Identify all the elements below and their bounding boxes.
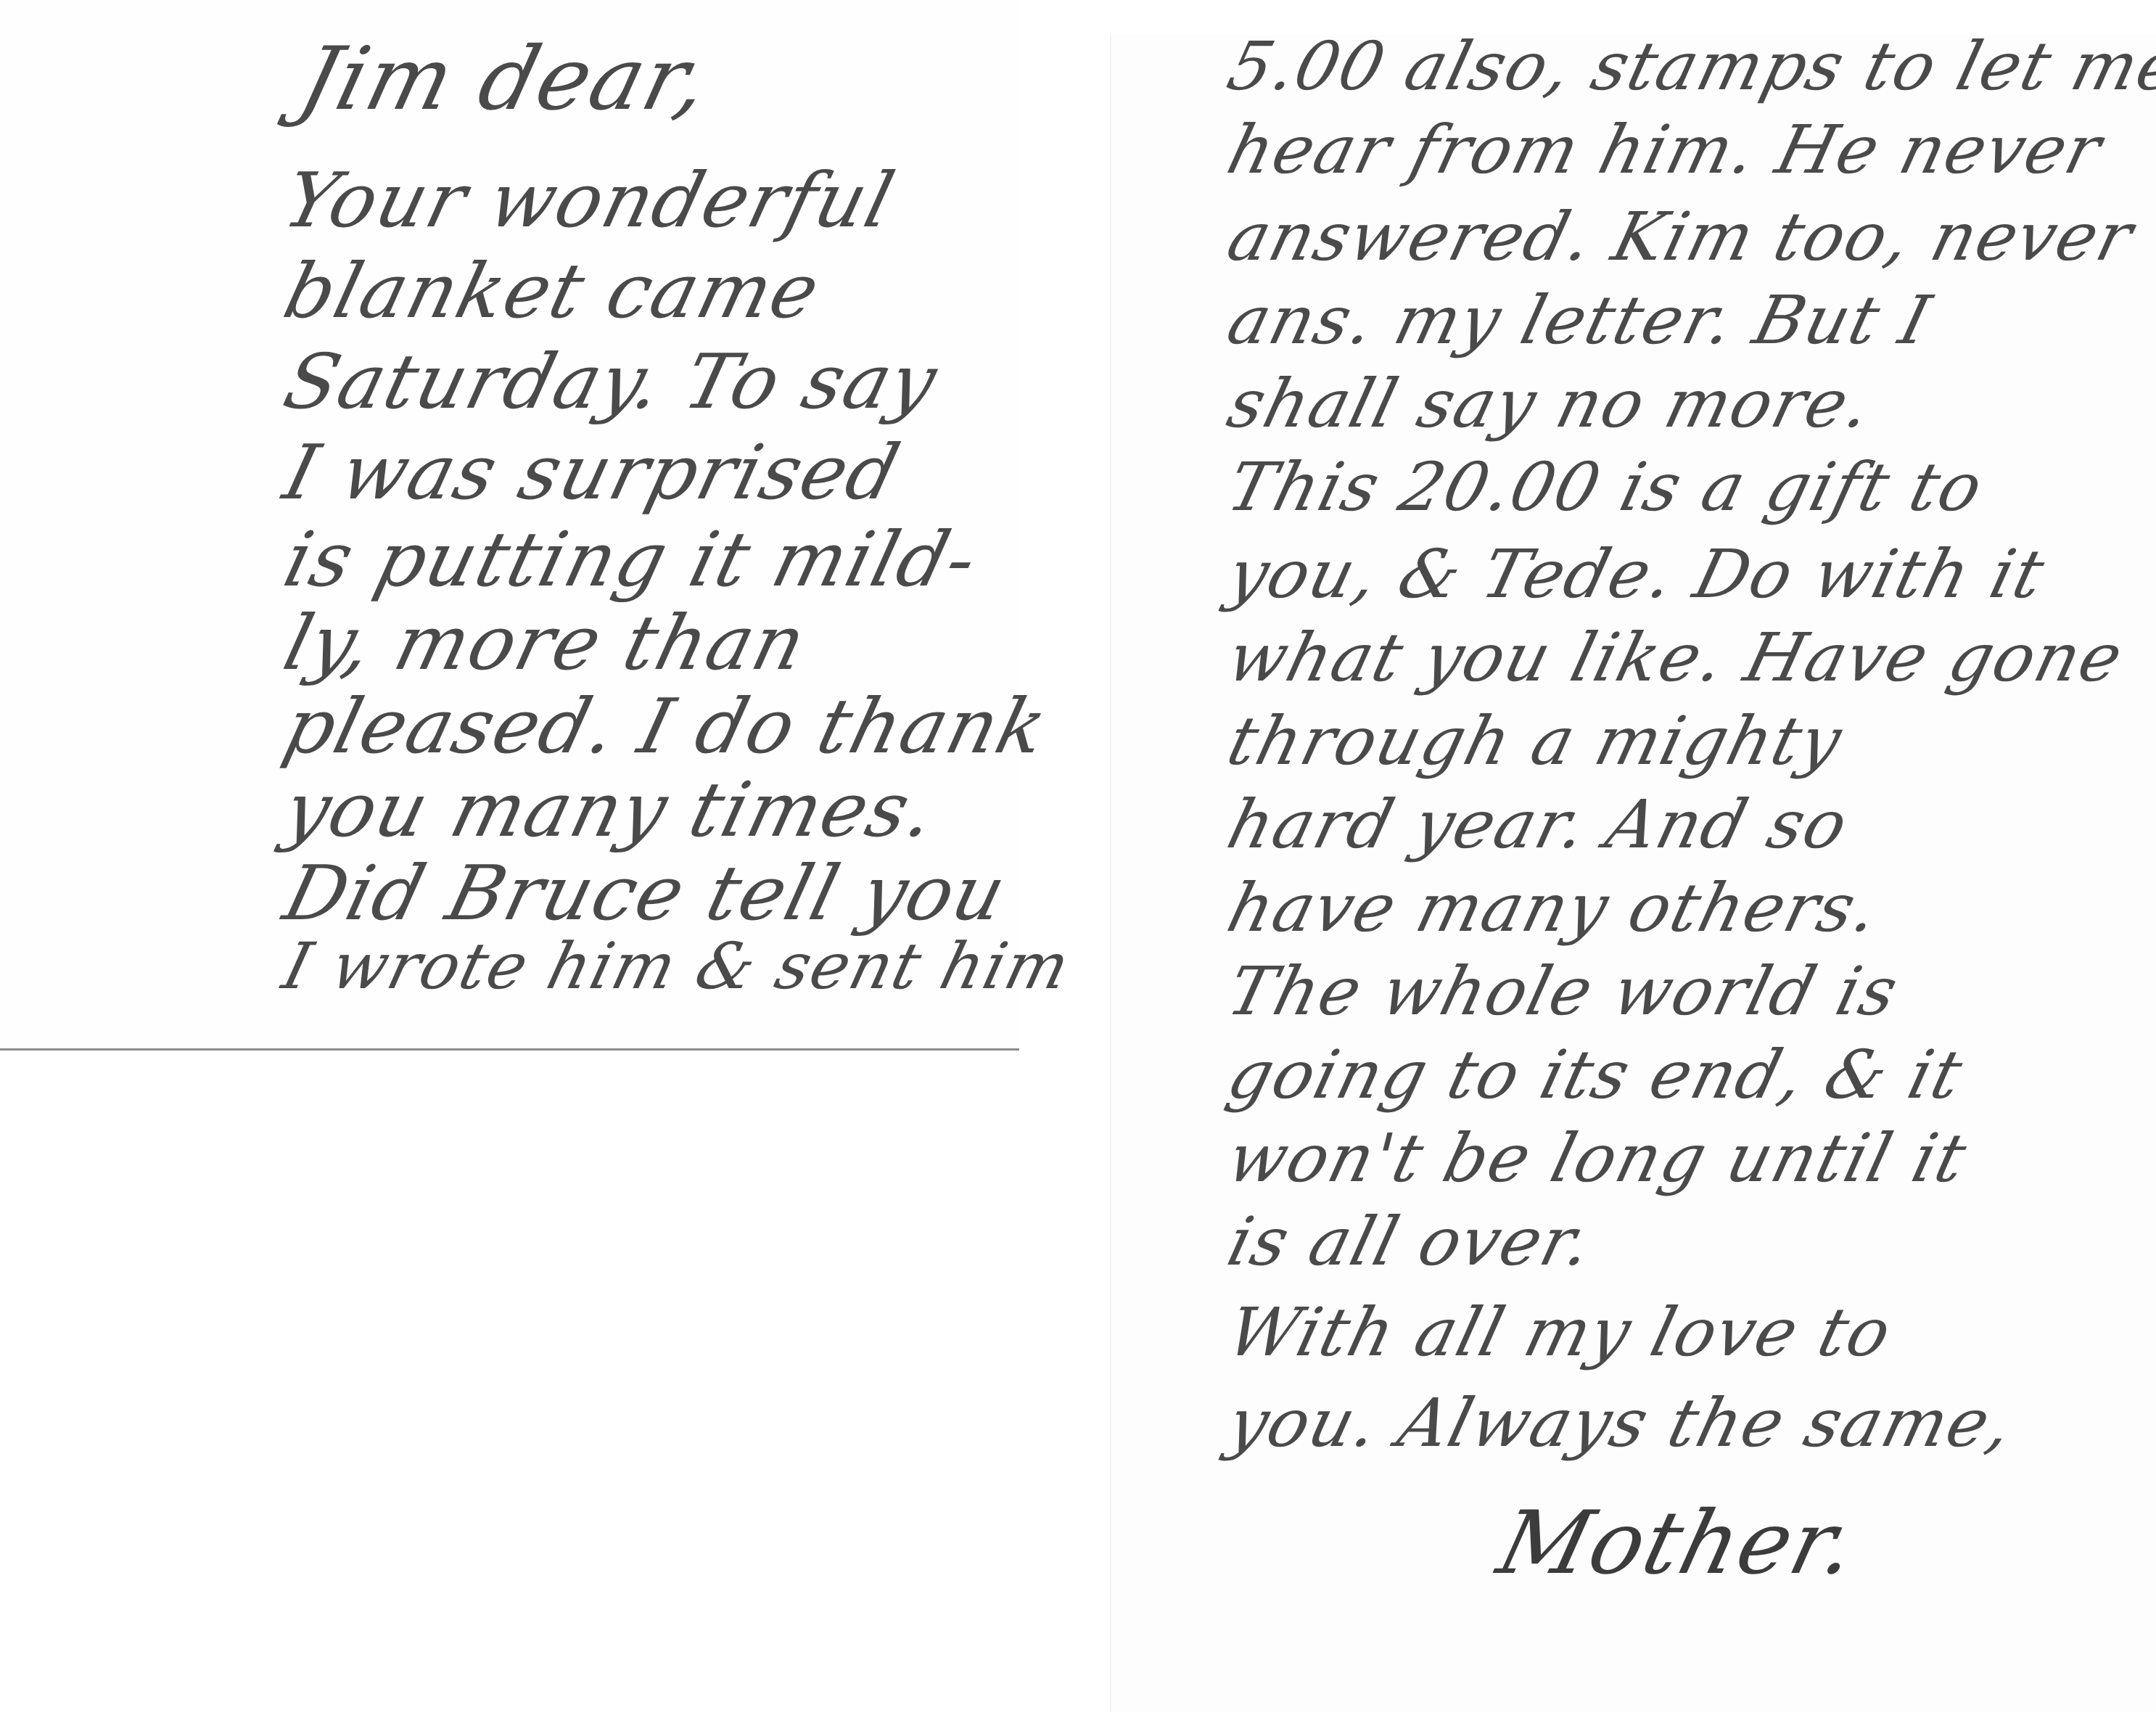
closing-line: you. Always the same, (1220, 1384, 2022, 1462)
letter-page-right: 5.00 also, stamps to let me hear from hi… (1110, 35, 2156, 1712)
letter-line: through a mighty (1220, 702, 1851, 780)
letter-line: This 20.00 is a gift to (1220, 448, 1991, 526)
letter-line: blanket came (276, 247, 829, 335)
signature: Mother. (1489, 1493, 1868, 1594)
letter-line: going to its end, & it (1220, 1036, 1971, 1114)
letter-line: Your wonderful (276, 156, 904, 244)
letter-line: I was surprised (276, 428, 909, 517)
letter-line: what you like. Have gone (1220, 619, 2131, 696)
letter-line: Did Bruce tell you (276, 849, 1016, 937)
letter-line: The whole world is (1220, 953, 1906, 1030)
letter-line: ly, more than (276, 599, 815, 687)
letter-line: is putting it mild- (276, 515, 987, 604)
letter-page-left: Jim dear, Your wonderful blanket came Sa… (0, 0, 1019, 1051)
letter-line: shall say no more. (1220, 365, 1880, 443)
letter-line: pleased. I do thank (276, 682, 1057, 770)
letter-line: hard year. And so (1220, 786, 1856, 863)
letter-line: answered. Kim too, never (1220, 198, 2141, 276)
letter-line: hear from him. He never (1220, 111, 2110, 189)
letter-line: I wrote him & sent him (276, 929, 1078, 1003)
salutation: Jim dear, (290, 29, 720, 130)
letter-line: you many times. (276, 765, 945, 854)
letter-line: won't be long until it (1220, 1119, 1975, 1197)
letter-line: ans. my letter. But I (1220, 281, 1939, 359)
letter-line: have many others. (1220, 869, 1888, 947)
letter-line: Saturday. To say (276, 337, 947, 426)
letter-line: is all over. (1220, 1203, 1600, 1281)
letter-line: 5.00 also, stamps to let me (1220, 28, 2156, 105)
closing-line: With all my love to (1220, 1294, 1900, 1371)
letter-line: you, & Tede. Do with it (1220, 535, 2053, 613)
